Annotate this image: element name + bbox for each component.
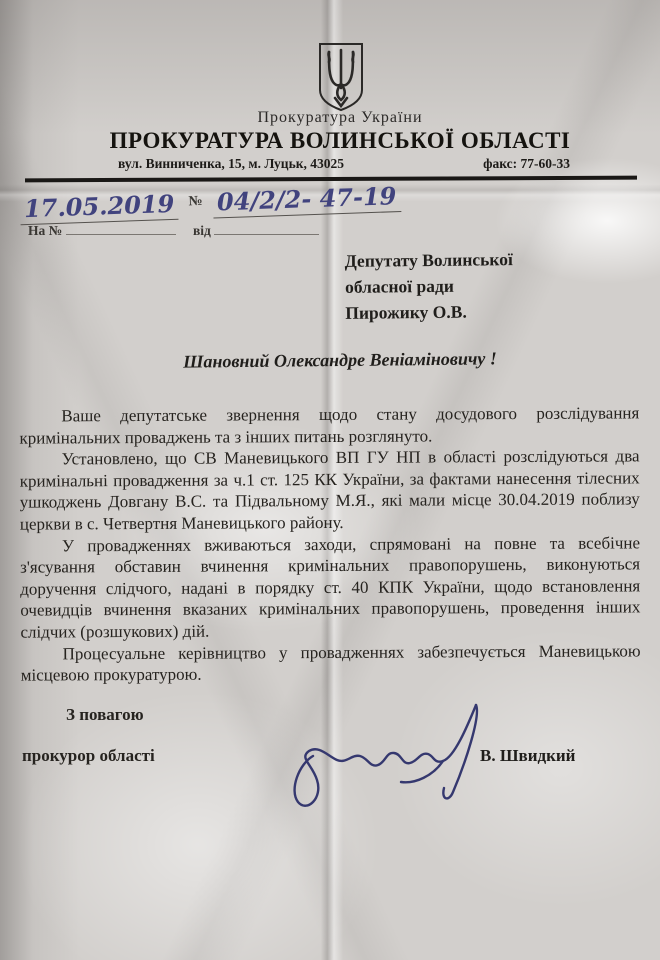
org-address: вул. Винниченка, 15, м. Луцьк, 43025 xyxy=(118,156,344,172)
signer-position: прокурор області xyxy=(22,746,155,766)
reply-number-blank xyxy=(66,220,176,235)
handwritten-number: 04/2/2- 47-19 xyxy=(213,181,401,219)
body-paragraph: Процесуальне керівництво у провадженнях … xyxy=(21,640,641,686)
body-paragraph: Установлено, що СВ Маневицького ВП ГУ НП… xyxy=(19,446,639,536)
letterhead-contact-row: вул. Винниченка, 15, м. Луцьк, 43025 фак… xyxy=(118,156,570,172)
reply-reference-row: На № від xyxy=(28,220,319,239)
photographed-letter: Прокуратура України ПРОКУРАТУРА ВОЛИНСЬК… xyxy=(0,0,660,960)
addressee-line: обласної ради xyxy=(345,272,513,300)
org-name-title: ПРОКУРАТУРА ВОЛИНСЬКОЇ ОБЛАСТІ xyxy=(0,128,660,154)
addressee-line: Пирожику О.В. xyxy=(345,298,513,326)
ukraine-trident-emblem-icon xyxy=(316,42,366,112)
letter-body: Ваше депутатське звернення щодо стану до… xyxy=(19,402,640,686)
addressee-line: Депутату Волинської xyxy=(345,246,513,274)
regards-line: З повагою xyxy=(66,705,144,725)
handwritten-signature-icon xyxy=(283,698,495,816)
letterhead-divider xyxy=(25,176,637,183)
reply-date-blank xyxy=(214,220,319,235)
org-parent-line: Прокуратура України xyxy=(0,109,660,127)
number-sign: № xyxy=(186,194,205,210)
salutation: Шановний Олександре Веніаміновичу ! xyxy=(0,346,660,374)
reply-from-label: від xyxy=(193,223,211,238)
org-fax: факс: 77-60-33 xyxy=(483,156,570,172)
body-paragraph: У провадженнях вживаються заходи, спрямо… xyxy=(20,532,641,643)
letter-page: Прокуратура України ПРОКУРАТУРА ВОЛИНСЬК… xyxy=(0,0,660,960)
addressee-block: Депутату Волинської обласної ради Пирожи… xyxy=(345,246,514,326)
signer-name: В. Швидкий xyxy=(480,746,575,766)
reply-to-label: На № xyxy=(28,223,62,238)
body-paragraph: Ваше депутатське звернення щодо стану до… xyxy=(19,402,639,448)
